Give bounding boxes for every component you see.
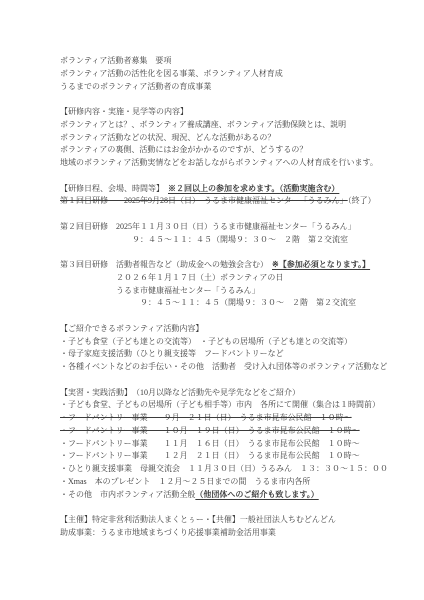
- doc-title: ボランティア活動者募集 要項: [60, 55, 384, 68]
- document-body: ボランティア活動者募集 要項ボランティア活動の活性化を図る事業、ボランティア人材…: [60, 55, 384, 540]
- doc-text-segment: 第３回目研修 活動者報告など（助成金への勉強会含む）: [60, 260, 272, 269]
- body-line: 地域のボランティア活動実情などをお話しながらボランティアへの人材育成を行います。: [60, 157, 384, 170]
- doc-text-segment: ・フードパントリー事業 １０月 １９日（日） うるま市昆布公民館 １０時～: [60, 426, 360, 435]
- practice-item-foodpantry-oct: ・フードパントリー事業 １０月 １９日（日） うるま市昆布公民館 １０時～: [60, 425, 384, 438]
- doc-text-segment: 第２回目研修 2025年１１月３０日（日）うるま市健康福祉センター「うるみん」: [60, 222, 356, 231]
- doc-text-segment: ※２回以上の参加を求めます。（活動実施含む）: [168, 184, 339, 193]
- doc-text-segment: ・各種イベントなどのお手伝い・その他 活動者 受け入れ団体等のボランティア活動な…: [60, 362, 387, 371]
- doc-text-segment: 地域のボランティア活動実情などをお話しながらボランティアへの人材育成を行います。: [60, 158, 378, 167]
- doc-text-segment: 【主催】特定非営利活動法人まくとぅー・【共催】一般社団法人ちむどんどん: [60, 515, 336, 524]
- doc-subtitle: ボランティア活動の活性化を図る事業、ボランティア人材育成: [60, 68, 384, 81]
- doc-text-segment: ・母子家庭支援活動（ひとり親支援等 フードパントリーなど: [60, 349, 284, 358]
- practice-item-foodpantry-dec: ・フードパントリー事業 １２月 ２１日（日） うるま市昆布公民館 １０時～: [60, 450, 384, 463]
- spacer: [60, 93, 384, 106]
- spacer: [60, 310, 384, 323]
- doc-text-segment: ※【参加必須となります。】: [272, 260, 370, 269]
- spacer: [60, 246, 384, 259]
- body-line: ボランティアの裏側、活動にはお金がかかるのですが、どうするの？: [60, 144, 384, 157]
- practice-item-foodpantry-sep: ・フードパントリー事業 ９月 ２１日（日） うるま市昆布公民館 １０時～: [60, 412, 384, 425]
- doc-text-segment: ボランティアの裏側、活動にはお金がかかるのですが、どうするの？: [60, 145, 307, 154]
- spacer: [60, 208, 384, 221]
- doc-text-segment: ボランティア活動の活性化を図る事業、ボランティア人材育成: [60, 69, 283, 78]
- doc-text-segment: 【研修日程、会場、時間等】: [60, 184, 168, 193]
- doc-text-segment: （他団体へのご紹介も致します。）: [195, 490, 318, 499]
- body-line: ボランティア活動などの状況、現況、どんな活動があるの？: [60, 132, 384, 145]
- doc-text-segment: ９：４５～１１：４５（開場９：３０～ ２階 第２交流室: [60, 298, 356, 307]
- doc-text-segment: ・フードパントリー事業 １１月 １６日（日） うるま市昆布公民館 １０時～: [60, 439, 360, 448]
- doc-text-segment: 【研修内容・実施・見学等の内容】: [60, 107, 188, 116]
- doc-text-segment: 【ご紹介できるボランティア活動内容】: [60, 324, 203, 333]
- section-heading-activities: 【ご紹介できるボランティア活動内容】: [60, 323, 384, 336]
- section-heading-training-content: 【研修内容・実施・見学等の内容】: [60, 106, 384, 119]
- schedule-session1: 第１回目研修 2025年9月28日（日） うるま市健康福祉センター「うるみん」（…: [60, 195, 384, 208]
- schedule-session2: 第２回目研修 2025年１１月３０日（日）うるま市健康福祉センター「うるみん」: [60, 221, 384, 234]
- doc-text-segment: ９：４５～１１：４５（開場９：３０～ ２階 第２交流室: [60, 235, 348, 244]
- schedule-session3-place: うるま市健康福祉センター「うるみん」: [60, 285, 384, 298]
- doc-text-segment: ・子ども食堂、子どもの居場所（子ども相手等）市内 各所にて開催（集合は１時間前）: [60, 400, 380, 409]
- section-heading-practice: 【実習・実践活動】 （10月以降など活動先や見学先などをご紹介）: [60, 387, 384, 400]
- doc-text-segment: ・その他 市内ボランティア活動全般: [60, 490, 195, 499]
- doc-text-segment: 【実習・実践活動】 （10月以降など活動先や見学先などをご紹介）: [60, 388, 300, 397]
- doc-text-segment: （終了）: [348, 196, 376, 205]
- practice-item-foodpantry-nov: ・フードパントリー事業 １１月 １６日（日） うるま市昆布公民館 １０時～: [60, 438, 384, 451]
- doc-text-segment: 助成事業：うるま市地域まちづくり応援事業補助金活用事業: [60, 528, 276, 537]
- doc-text-segment: ２０２６年１月１７日（土）ボランティアの日: [60, 273, 283, 282]
- activity-item: ・母子家庭支援活動（ひとり親支援等 フードパントリーなど: [60, 348, 384, 361]
- spacer: [60, 501, 384, 514]
- doc-subtitle2: うるまでのボランティア活動者の育成事業: [60, 81, 384, 94]
- doc-text-segment: うるまでのボランティア活動者の育成事業: [60, 82, 211, 91]
- practice-item-singleparent: ・ひとり親支援事業 母親交流会 １１月３０日（日）うるみん １３：３０～１５：０…: [60, 463, 384, 476]
- schedule-session3: 第３回目研修 活動者報告など（助成金への勉強会含む） ※【参加必須となります。】: [60, 259, 384, 272]
- schedule-session2-time: ９：４５～１１：４５（開場９：３０～ ２階 第２交流室: [60, 234, 384, 247]
- practice-item-other: ・その他 市内ボランティア活動全般（他団体へのご紹介も致します。）: [60, 489, 384, 502]
- doc-text-segment: ・ひとり親支援事業 母親交流会 １１月３０日（日）うるみん １３：３０～１５：０…: [60, 464, 388, 473]
- spacer: [60, 170, 384, 183]
- grant-line: 助成事業：うるま市地域まちづくり応援事業補助金活用事業: [60, 527, 384, 540]
- doc-text-segment: ボランティアとは？、ボランティア養成講座、ボランティア活動保険とは、説明: [60, 120, 346, 129]
- schedule-session3-date: ２０２６年１月１７日（土）ボランティアの日: [60, 272, 384, 285]
- organizer-line: 【主催】特定非営利活動法人まくとぅー・【共催】一般社団法人ちむどんどん: [60, 514, 384, 527]
- activity-item: ・子ども食堂（子ども達との交流等） ・子どもの居場所（子ども達との交流等）: [60, 336, 384, 349]
- doc-text-segment: ・フードパントリー事業 １２月 ２１日（日） うるま市昆布公民館 １０時～: [60, 451, 360, 460]
- document-page: ボランティア活動者募集 要項ボランティア活動の活性化を図る事業、ボランティア人材…: [0, 0, 424, 600]
- practice-item-xmas: ・Xmas 本のプレゼント １２月～２５日までの間 うるま市内各所: [60, 476, 384, 489]
- activity-item: ・各種イベントなどのお手伝い・その他 活動者 受け入れ団体等のボランティア活動な…: [60, 361, 384, 374]
- practice-item: ・子ども食堂、子どもの居場所（子ども相手等）市内 各所にて開催（集合は１時間前）: [60, 399, 384, 412]
- doc-text-segment: うるま市健康福祉センター「うるみん」: [60, 286, 260, 295]
- doc-text-segment: 第１回目研修 2025年9月28日（日） うるま市健康福祉センター「うるみん」: [60, 196, 348, 205]
- doc-text-segment: ボランティア活動などの状況、現況、どんな活動があるの？: [60, 133, 275, 142]
- doc-text-segment: ・Xmas 本のプレゼント １２月～２５日までの間 うるま市内各所: [60, 477, 310, 486]
- doc-text-segment: ・子ども食堂（子ども達との交流等） ・子どもの居場所（子ども達との交流等）: [60, 337, 352, 346]
- section-heading-schedule: 【研修日程、会場、時間等】 ※２回以上の参加を求めます。（活動実施含む）: [60, 183, 384, 196]
- spacer: [60, 374, 384, 387]
- doc-text-segment: ・フードパントリー事業 ９月 ２１日（日） うるま市昆布公民館 １０時～: [60, 413, 352, 422]
- schedule-session3-time: ９：４５～１１：４５（開場９：３０～ ２階 第２交流室: [60, 297, 384, 310]
- doc-text-segment: ボランティア活動者募集 要項: [60, 56, 171, 65]
- body-line: ボランティアとは？、ボランティア養成講座、ボランティア活動保険とは、説明: [60, 119, 384, 132]
